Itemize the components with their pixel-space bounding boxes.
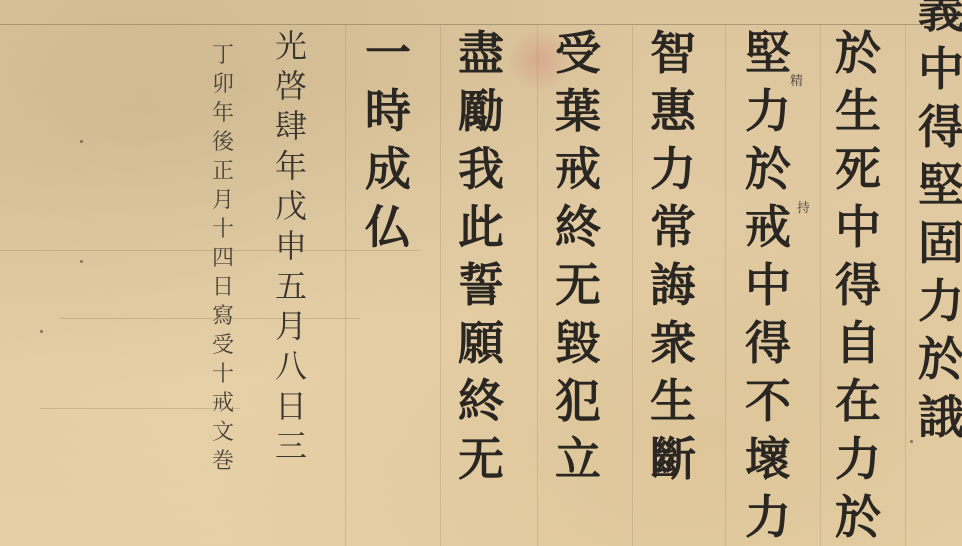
manuscript-character: 力 [835, 436, 881, 482]
manuscript-character: 固 [918, 220, 962, 266]
manuscript-character: 中 [745, 262, 791, 308]
column-ruling-line [440, 24, 441, 546]
manuscript-character: 終 [458, 378, 504, 424]
manuscript-character: 三 [275, 430, 307, 462]
manuscript-character: 丁 [212, 45, 234, 67]
manuscript-character: 年 [212, 103, 234, 125]
manuscript-character: 誓 [458, 262, 504, 308]
manuscript-character: 受 [555, 30, 601, 76]
manuscript-character: 此 [458, 204, 504, 250]
manuscript-character: 力 [745, 88, 791, 134]
interlinear-annotation: 持 [797, 197, 810, 216]
manuscript-character: 力 [918, 278, 962, 324]
manuscript-character: 堅 [918, 162, 962, 208]
manuscript-character: 得 [918, 104, 962, 150]
manuscript-character: 勵 [458, 88, 504, 134]
manuscript-character: 誨 [650, 262, 696, 308]
manuscript-character: 力 [745, 494, 791, 540]
paper-speck [80, 260, 83, 263]
paper-speck [40, 330, 43, 333]
text-column-7: 一時成仏 [365, 30, 411, 262]
manuscript-character: 中 [835, 204, 881, 250]
manuscript-character: 戊 [275, 190, 307, 222]
manuscript-character: 肆 [275, 110, 307, 142]
manuscript-character: 无 [458, 436, 504, 482]
manuscript-character: 自 [835, 320, 881, 366]
manuscript-character: 犯 [555, 378, 601, 424]
manuscript-character: 力 [650, 146, 696, 192]
manuscript-character: 仏 [365, 204, 411, 250]
manuscript-character: 寫 [212, 306, 234, 328]
manuscript-character: 年 [275, 150, 307, 182]
manuscript-character: 我 [458, 146, 504, 192]
column-ruling-line [632, 24, 633, 546]
manuscript-character: 八 [275, 350, 307, 382]
paper-speck [910, 440, 913, 443]
manuscript-character: 立 [555, 436, 601, 482]
text-column-6: 盡勵我此誓願終无 [458, 30, 504, 494]
manuscript-character: 於 [745, 146, 791, 192]
manuscript-character: 終 [555, 204, 601, 250]
text-column-5: 受葉戒終无毀犯立 [555, 30, 601, 494]
column-ruling-line [905, 24, 906, 546]
manuscript-character: 得 [745, 320, 791, 366]
text-column-4: 智惠力常誨衆生斷 [650, 30, 696, 494]
manuscript-character: 生 [650, 378, 696, 424]
manuscript-character: 文 [212, 422, 234, 444]
column-ruling-line [537, 24, 538, 546]
manuscript-character: 於 [835, 30, 881, 76]
manuscript-character: 成 [365, 146, 411, 192]
manuscript-character: 惠 [650, 88, 696, 134]
paper-crease [60, 318, 360, 319]
manuscript-character: 十 [212, 219, 234, 241]
manuscript-character: 中 [918, 46, 962, 92]
column-ruling-line [345, 24, 346, 546]
paper-crease [0, 250, 420, 251]
manuscript-character: 巻 [212, 451, 234, 473]
manuscript-page: 義中得堅固力於誐 於生死中得自在力於 堅力於戒中得不壞力 智惠力常誨衆生斷 受葉… [0, 0, 962, 546]
manuscript-character: 申 [275, 230, 307, 262]
manuscript-character: 於 [835, 494, 881, 540]
paper-speck [80, 140, 83, 143]
manuscript-character: 光 [275, 30, 307, 62]
text-column-1: 義中得堅固力於誐 [918, 0, 962, 452]
manuscript-character: 死 [835, 146, 881, 192]
manuscript-character: 生 [835, 88, 881, 134]
manuscript-character: 堅 [745, 30, 791, 76]
interlinear-annotation: 精 [790, 70, 803, 89]
manuscript-character: 不 [745, 378, 791, 424]
manuscript-character: 五 [275, 270, 307, 302]
manuscript-character: 卯 [212, 74, 234, 96]
manuscript-character: 四 [212, 248, 234, 270]
manuscript-character: 智 [650, 30, 696, 76]
manuscript-character: 月 [275, 310, 307, 342]
manuscript-character: 常 [650, 204, 696, 250]
manuscript-character: 衆 [650, 320, 696, 366]
manuscript-character: 戒 [745, 204, 791, 250]
manuscript-character: 无 [555, 262, 601, 308]
manuscript-character: 十 [212, 364, 234, 386]
manuscript-character: 啓 [275, 70, 307, 102]
manuscript-character: 斷 [650, 436, 696, 482]
column-ruling-line [820, 24, 821, 546]
manuscript-character: 於 [918, 336, 962, 382]
manuscript-character: 正 [212, 161, 234, 183]
manuscript-character: 誐 [918, 394, 962, 440]
text-column-2: 於生死中得自在力於 [835, 30, 881, 546]
manuscript-character: 在 [835, 378, 881, 424]
manuscript-character: 毀 [555, 320, 601, 366]
manuscript-character: 後 [212, 132, 234, 154]
manuscript-character: 日 [212, 277, 234, 299]
manuscript-character: 葉 [555, 88, 601, 134]
colophon-column-copy-note: 丁卯年後正月十四日寫受十戒文巻 [212, 45, 234, 480]
manuscript-character: 盡 [458, 30, 504, 76]
manuscript-character: 得 [835, 262, 881, 308]
manuscript-character: 戒 [212, 393, 234, 415]
manuscript-character: 月 [212, 190, 234, 212]
manuscript-character: 願 [458, 320, 504, 366]
manuscript-character: 受 [212, 335, 234, 357]
top-ruling-line [0, 24, 962, 25]
paper-crease [40, 408, 240, 409]
manuscript-character: 義 [918, 0, 962, 34]
manuscript-character: 一 [365, 30, 411, 76]
manuscript-character: 戒 [555, 146, 601, 192]
manuscript-character: 日 [275, 390, 307, 422]
colophon-column-date: 光啓肆年戊申五月八日三 [275, 30, 307, 470]
manuscript-character: 壞 [745, 436, 791, 482]
column-ruling-line [725, 24, 726, 546]
text-column-3: 堅力於戒中得不壞力 [745, 30, 791, 546]
manuscript-character: 時 [365, 88, 411, 134]
